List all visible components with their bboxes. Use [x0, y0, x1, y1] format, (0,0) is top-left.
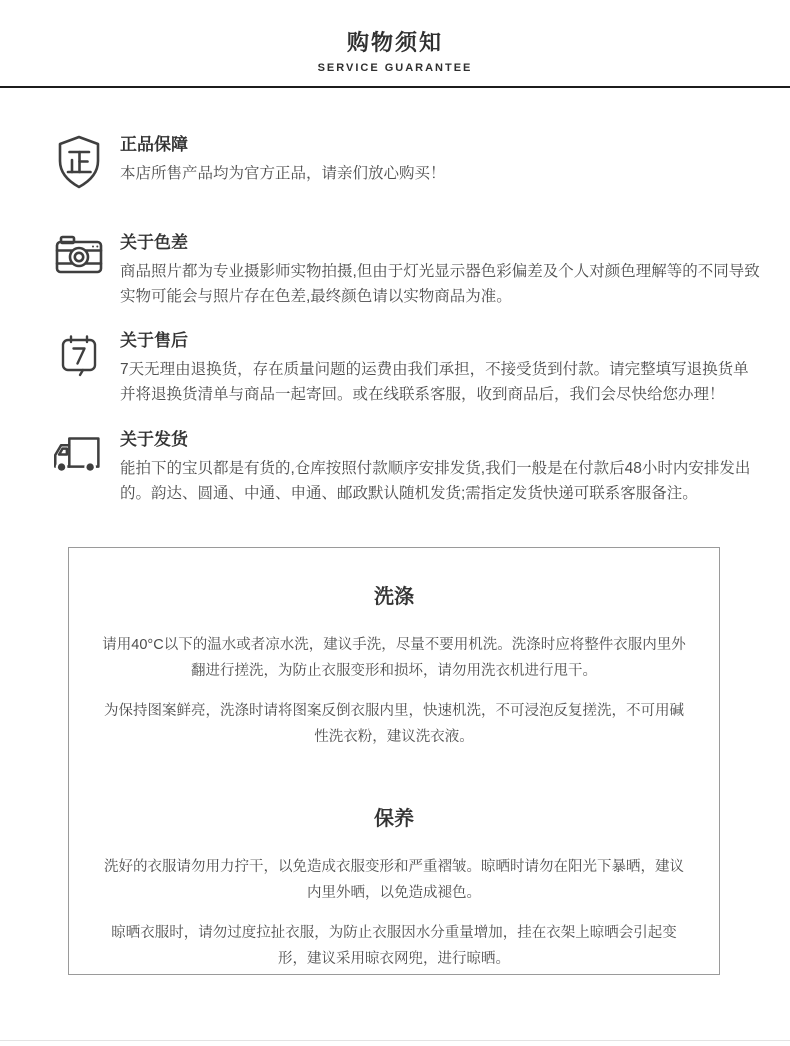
- notice-after-sales-body: 7天无理由退换货，存在质量问题的运费由我们承担，不接受货到付款。请完整填写退换货…: [120, 357, 760, 407]
- notice-after-sales-text: 关于售后 7天无理由退换货，存在质量问题的运费由我们承担，不接受货到付款。请完整…: [120, 330, 760, 407]
- notice-shipping-text: 关于发货 能拍下的宝贝都是有货的,仓库按照付款顺序安排发货,我们一般是在付款后4…: [120, 429, 760, 506]
- wash-paragraph-2: 为保持图案鲜亮，洗涤时请将图案反倒衣服内里，快速机洗，不可浸泡反复搓洗，不可用碱…: [101, 698, 687, 750]
- page-title: 购物须知: [0, 28, 790, 58]
- notice-color-difference-text: 关于色差 商品照片都为专业摄影师实物拍摄,但由于灯光显示器色彩偏差及个人对颜色理…: [120, 232, 760, 309]
- notice-shipping-title: 关于发货: [120, 429, 760, 451]
- notice-shipping-body: 能拍下的宝贝都是有货的,仓库按照付款顺序安排发货,我们一般是在付款后48小时内安…: [120, 456, 760, 506]
- genuine-shield-icon: [48, 134, 110, 190]
- maintain-paragraph-1: 洗好的衣服请勿用力拧干，以免造成衣服变形和严重褶皱。晾晒时请勿在阳光下暴晒，建议…: [101, 854, 687, 906]
- notice-color-difference-title: 关于色差: [120, 232, 760, 254]
- notice-genuine-body: 本店所售产品均为官方正品，请亲们放心购买！: [120, 161, 760, 186]
- notice-genuine: 正品保障 本店所售产品均为官方正品，请亲们放心购买！: [48, 134, 760, 190]
- page-subtitle: SERVICE GUARANTEE: [0, 61, 790, 75]
- notice-color-difference: 关于色差 商品照片都为专业摄影师实物拍摄,但由于灯光显示器色彩偏差及个人对颜色理…: [48, 232, 760, 309]
- notice-after-sales-title: 关于售后: [120, 330, 760, 352]
- shopping-notice-page: 购物须知 SERVICE GUARANTEE 正品保障 本店所售产品均为官方正品…: [0, 0, 790, 1046]
- camera-icon: [48, 232, 110, 278]
- maintain-section-title: 保养: [69, 806, 719, 832]
- wash-paragraph-1: 请用40°C以下的温水或者凉水洗，建议手洗，尽量不要用机洗。洗涤时应将整件衣服内…: [101, 632, 687, 684]
- notice-color-difference-body: 商品照片都为专业摄影师实物拍摄,但由于灯光显示器色彩偏差及个人对颜色理解等的不同…: [120, 259, 760, 309]
- wash-section-title: 洗涤: [69, 584, 719, 610]
- maintain-paragraph-2: 晾晒衣服时，请勿过度拉扯衣服，为防止衣服因水分重量增加，挂在衣架上晾晒会引起变形…: [101, 920, 687, 972]
- notice-list: 正品保障 本店所售产品均为官方正品，请亲们放心购买！ 关于色差: [0, 88, 790, 506]
- notice-shipping: 关于发货 能拍下的宝贝都是有货的,仓库按照付款顺序安排发货,我们一般是在付款后4…: [48, 429, 760, 506]
- notice-genuine-text: 正品保障 本店所售产品均为官方正品，请亲们放心购买！: [120, 134, 760, 186]
- care-instructions-box: 洗涤 请用40°C以下的温水或者凉水洗，建议手洗，尽量不要用机洗。洗涤时应将整件…: [68, 547, 720, 975]
- calendar-7-icon: [48, 330, 110, 380]
- notice-after-sales: 关于售后 7天无理由退换货，存在质量问题的运费由我们承担，不接受货到付款。请完整…: [48, 330, 760, 407]
- bottom-divider: [0, 1040, 790, 1041]
- notice-genuine-title: 正品保障: [120, 134, 760, 156]
- delivery-truck-icon: [48, 429, 110, 479]
- page-header: 购物须知 SERVICE GUARANTEE: [0, 0, 790, 88]
